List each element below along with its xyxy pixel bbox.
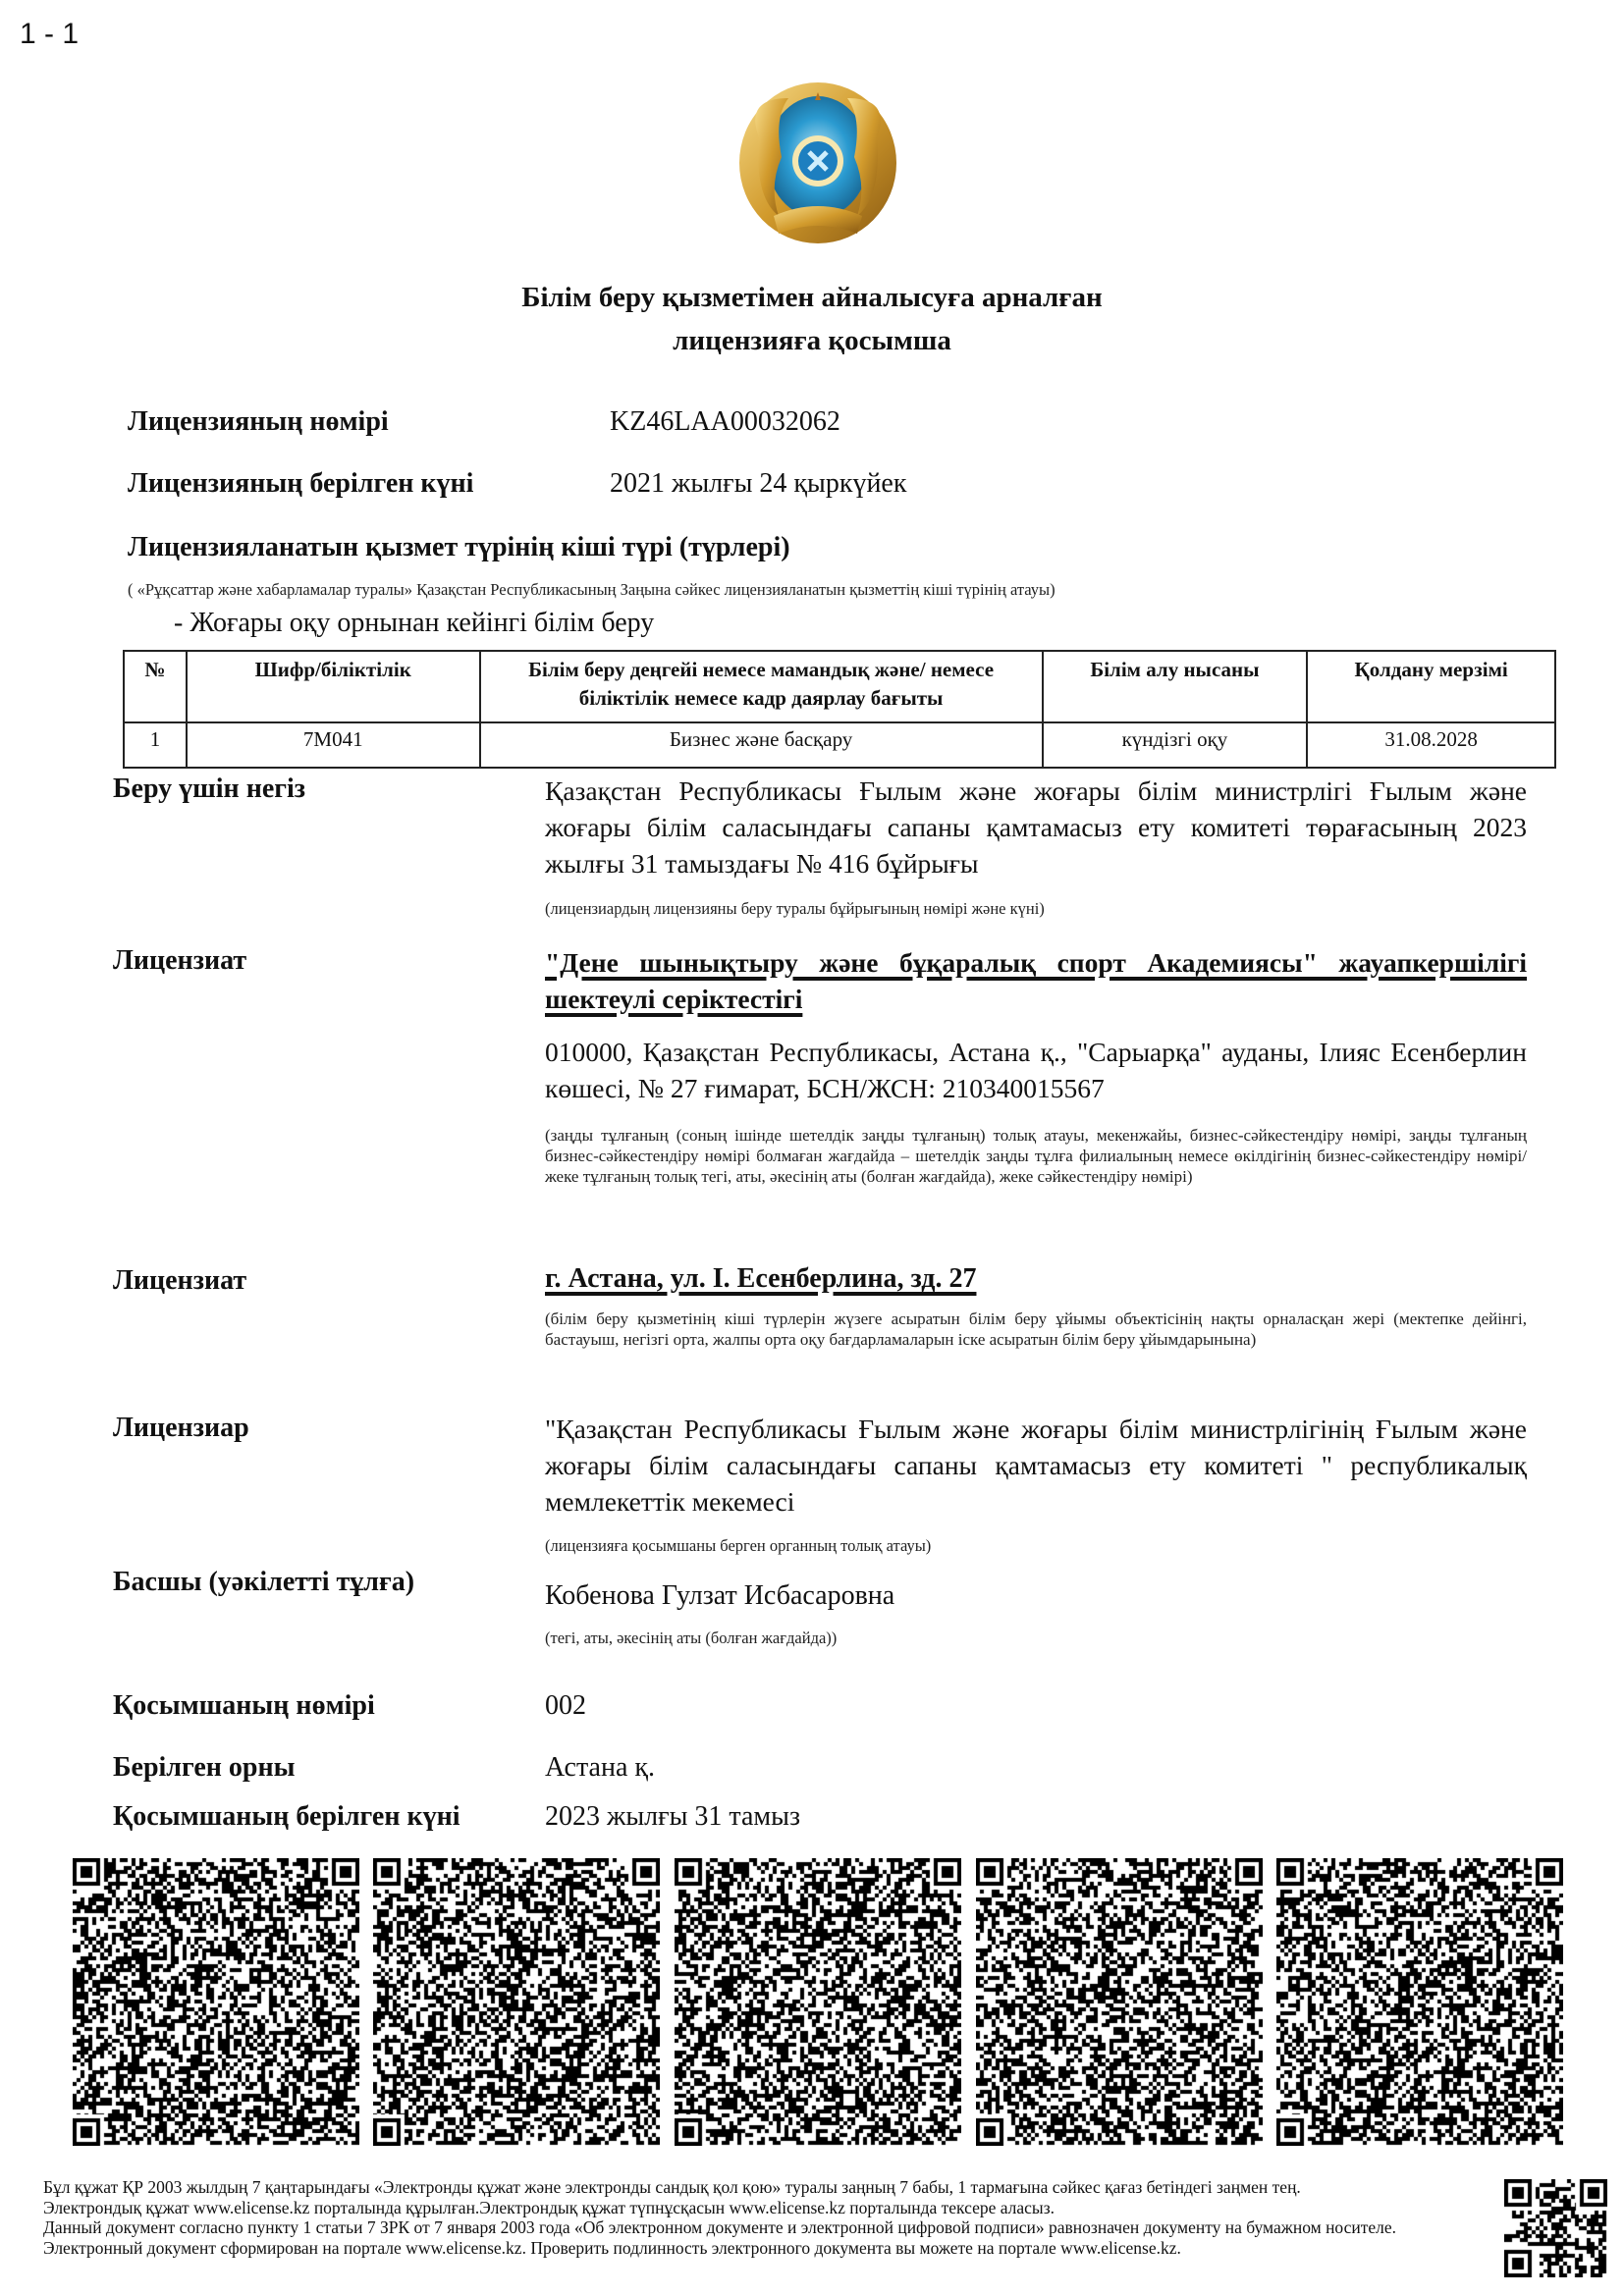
qr-code-icon — [976, 1858, 1263, 2146]
annex-date-label: Қосымшаның берілген күні — [113, 1801, 460, 1833]
qr-code-icon — [1276, 1858, 1563, 2146]
licensee-location-wrap: г. Астана, ул. І. Есенберлина, зд. 27 — [545, 1263, 976, 1295]
footer-line-3: Данный документ согласно пункту 1 статьи… — [43, 2217, 1487, 2258]
annex-number-label: Қосымшаның нөмірі — [113, 1690, 375, 1722]
col-header-code: Шифр/біліктілік — [187, 651, 480, 722]
table-header-row: № Шифр/біліктілік Білім беру деңгейі нем… — [124, 651, 1555, 722]
basis-label: Беру үшін негіз — [113, 774, 305, 805]
head-value: Кобенова Гулзат Исбасаровна — [545, 1580, 894, 1612]
licensee-name: "Дене шынықтыру және бұқаралық спорт Ака… — [545, 947, 1527, 1014]
licensor-value: "Қазақстан Республикасы Ғылым және жоғар… — [545, 1411, 1527, 1520]
qr-code-icon — [373, 1858, 660, 2146]
issue-place-label: Берілген орны — [113, 1752, 295, 1784]
licensee-location-label: Лицензиат — [113, 1265, 246, 1297]
licensee-note: (заңды тұлғаның (соның ішінде шетелдік з… — [545, 1125, 1527, 1187]
cell-study-form: күндізгі оқу — [1043, 722, 1308, 768]
footer-line-2: Электрондық құжат www.elicense.kz портал… — [43, 2198, 1487, 2218]
cell-number: 1 — [124, 722, 187, 768]
document-title-line1: Білім беру қызметімен айналысуға арналға… — [0, 277, 1624, 318]
footer-line-1: Бұл құжат ҚР 2003 жылдың 7 қаңтарындағы … — [43, 2177, 1487, 2198]
activity-subtype-value: - Жоғары оқу орнынан кейінгі білім беру — [174, 608, 654, 639]
licensee-name-wrap: "Дене шынықтыру және бұқаралық спорт Ака… — [545, 944, 1527, 1017]
issue-place-value: Астана қ. — [545, 1752, 655, 1784]
head-label: Басшы (уәкілетті тұлға) — [113, 1567, 414, 1598]
license-number-value: KZ46LAA00032062 — [610, 406, 840, 438]
col-header-study-form: Білім алу нысаны — [1043, 651, 1308, 722]
table-row: 1 7M041 Бизнес және басқару күндізгі оқу… — [124, 722, 1555, 768]
basis-note: (лицензиардың лицензияны беру туралы бұй… — [545, 899, 1045, 919]
legal-footer: Бұл құжат ҚР 2003 жылдың 7 қаңтарындағы … — [43, 2177, 1487, 2258]
head-note: (тегі, аты, әкесінің аты (болған жағдайд… — [545, 1629, 837, 1648]
annex-date-value: 2023 жылғы 31 тамыз — [545, 1801, 800, 1833]
licensor-note: (лицензияға қосымшаны берген органның то… — [545, 1536, 931, 1556]
license-table: № Шифр/біліктілік Білім беру деңгейі нем… — [123, 650, 1556, 769]
activity-subtype-label: Лицензияланатын қызмет түрінің кіші түрі… — [128, 532, 790, 563]
qr-code-icon — [675, 1858, 961, 2146]
state-emblem-icon — [734, 79, 901, 247]
licensee-location-note: (білім беру қызметінің кіші түрлерін жүз… — [545, 1308, 1527, 1350]
qr-code-icon — [73, 1858, 359, 2146]
page-indicator: 1 - 1 — [20, 18, 79, 51]
col-header-direction: Білім беру деңгейі немесе мамандық және/… — [480, 651, 1043, 722]
cell-validity: 31.08.2028 — [1307, 722, 1555, 768]
license-date-label: Лицензияның берілген күні — [128, 468, 473, 500]
verification-qr-code-icon — [1504, 2179, 1607, 2277]
licensee-address: 010000, Қазақстан Республикасы, Астана қ… — [545, 1034, 1527, 1106]
col-header-validity: Қолдану мерзімі — [1307, 651, 1555, 722]
licensee-label: Лицензиат — [113, 945, 246, 977]
license-date-value: 2021 жылғы 24 қыркүйек — [610, 468, 906, 500]
cell-direction: Бизнес және басқару — [480, 722, 1043, 768]
cell-code: 7M041 — [187, 722, 480, 768]
licensee-location-value: г. Астана, ул. І. Есенберлина, зд. 27 — [545, 1263, 976, 1294]
basis-value: Қазақстан Республикасы Ғылым және жоғары… — [545, 773, 1527, 881]
licensor-label: Лицензиар — [113, 1413, 249, 1444]
license-number-label: Лицензияның нөмірі — [128, 406, 389, 438]
col-header-number: № — [124, 651, 187, 722]
annex-number-value: 002 — [545, 1690, 586, 1722]
document-title-line2: лицензияға қосымша — [0, 320, 1624, 361]
activity-subtype-note: ( «Рұқсаттар және хабарламалар туралы» Қ… — [128, 580, 1056, 600]
